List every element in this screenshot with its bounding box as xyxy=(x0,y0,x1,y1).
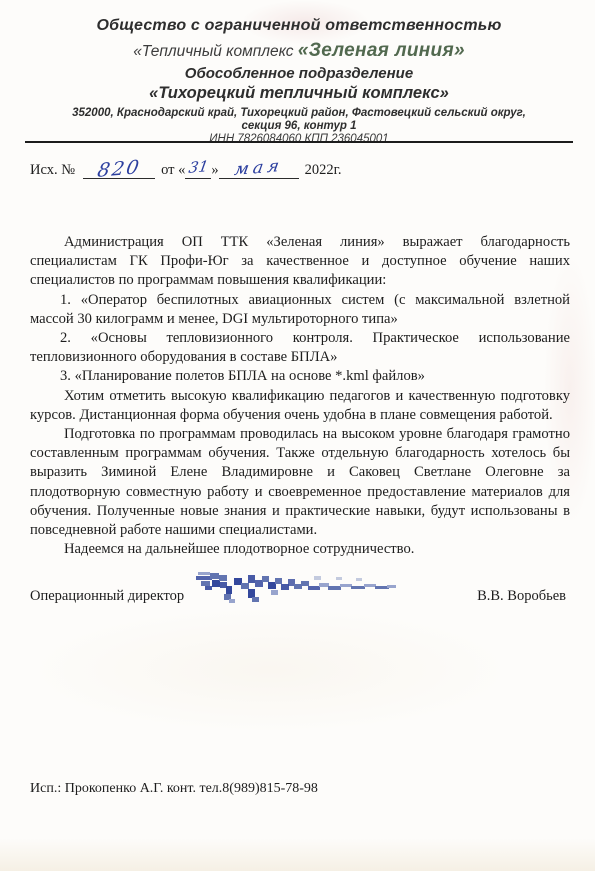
company-type: Общество с ограниченной ответственностью xyxy=(25,17,573,35)
address-line-1: 352000, Краснодарский край, Тихорецкий р… xyxy=(25,107,573,120)
scan-artifact xyxy=(0,838,595,871)
signer-name: В.В. Воробьев xyxy=(477,588,566,605)
list-item-2: 2. «Основы тепловизионного контроля. Пра… xyxy=(30,329,570,367)
scanned-letter-page: Общество с ограниченной ответственностью… xyxy=(0,0,595,871)
paragraph-intro: Администрация ОП ТТК «Зеленая линия» выр… xyxy=(30,233,570,291)
paragraph-closing: Надеемся на дальнейшее плодотворное сотр… xyxy=(30,540,570,559)
letterhead-divider xyxy=(25,141,573,143)
executor-contact-line: Исп.: Прокопенко А.Г. конт. тел.8(989)81… xyxy=(30,781,318,797)
pixelated-signature xyxy=(196,560,401,612)
division-name: «Тихорецкий тепличный комплекс» xyxy=(25,84,573,103)
outgoing-ref-line: Исх. №820от «31»мая2022г. xyxy=(30,158,570,179)
inn-kpp-line: ИНН 7826084060 КПП 236045001 xyxy=(25,133,573,146)
ref-number-field: 820 xyxy=(83,158,155,179)
handwritten-day: 31 xyxy=(187,157,209,177)
company-name-prefix: «Тепличный комплекс xyxy=(133,43,298,60)
ref-close-quote: » xyxy=(211,162,218,178)
paragraph-thanks: Подготовка по программам проводилась на … xyxy=(30,425,570,540)
handwritten-month: мая xyxy=(233,156,285,180)
signer-role-label: Операционный директор xyxy=(30,588,184,605)
handwritten-ref-number: 820 xyxy=(96,156,143,182)
company-name-line: «Тепличный комплекс «Зеленая линия» xyxy=(25,40,573,62)
company-brand-name: «Зеленая линия» xyxy=(298,40,465,61)
paragraph-quality: Хотим отметить высокую квалификацию педа… xyxy=(30,387,570,425)
ref-day-field: 31 xyxy=(185,158,211,179)
division-type: Обособленное подразделение xyxy=(25,65,573,82)
letterhead: Общество с ограниченной ответственностью… xyxy=(25,17,573,146)
list-item-3: 3. «Планирование полетов БПЛА на основе … xyxy=(30,367,570,386)
letter-body: Администрация ОП ТТК «Зеленая линия» выр… xyxy=(30,233,570,559)
list-item-1: 1. «Оператор беспилотных авиационных сис… xyxy=(30,291,570,329)
scan-artifact xyxy=(40,610,500,730)
ref-prefix: Исх. № xyxy=(30,162,75,178)
ref-year: 2022г. xyxy=(305,162,342,178)
address-line-2: секция 96, контур 1 xyxy=(25,120,573,133)
ref-month-field: мая xyxy=(219,158,299,179)
ref-from-label: от « xyxy=(161,162,185,178)
